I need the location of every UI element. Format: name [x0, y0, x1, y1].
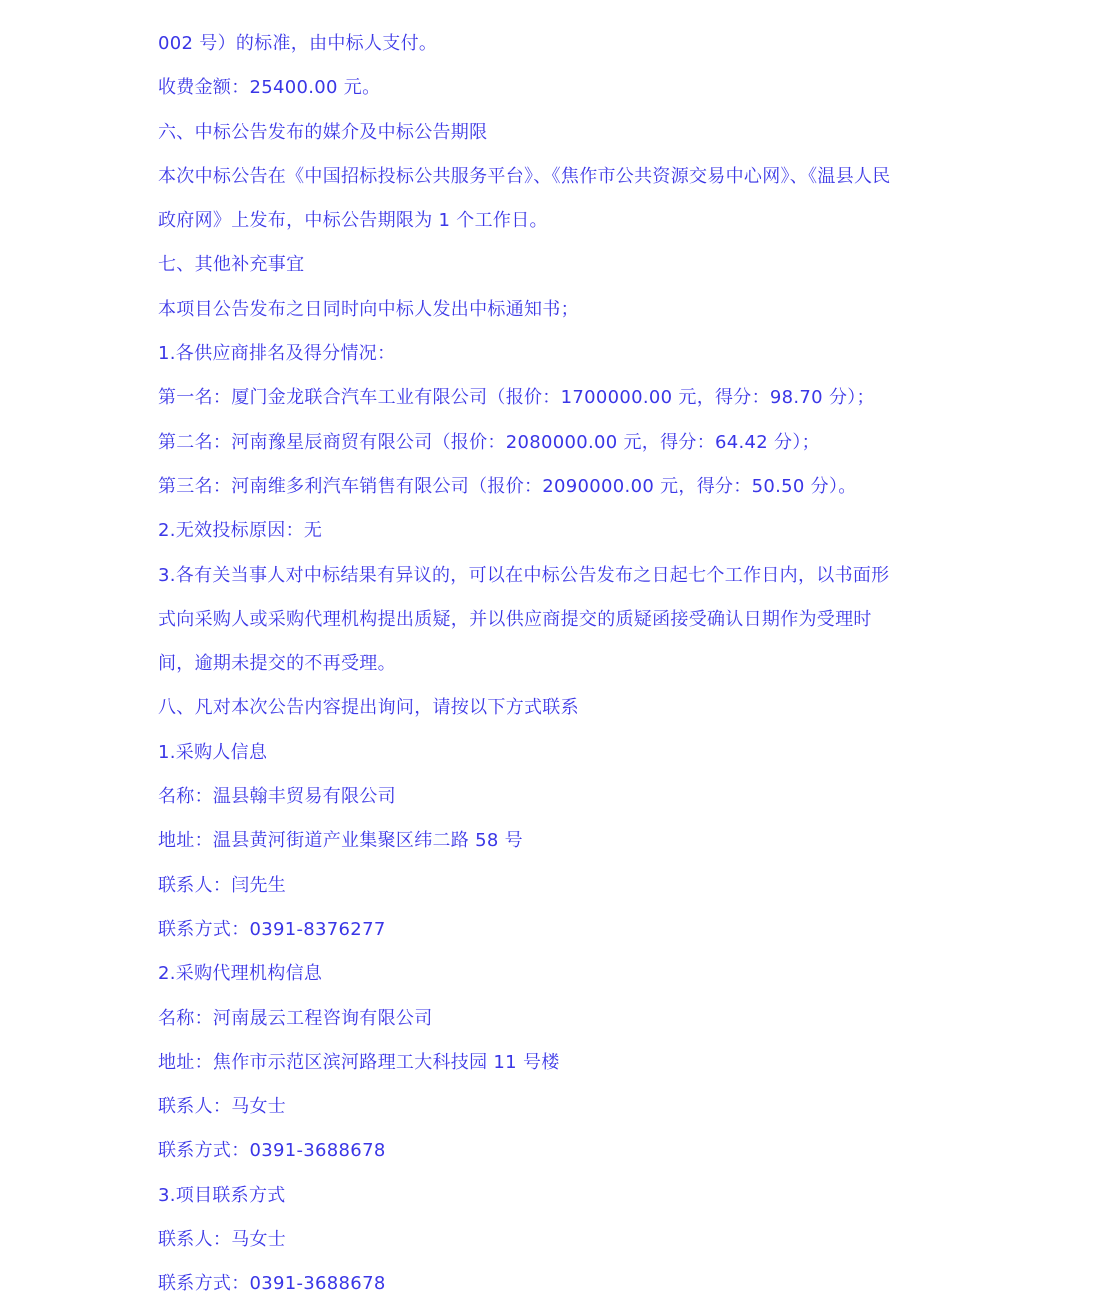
publication-period-line: 政府网》上发布，中标公告期限为 1 个工作日。 — [158, 199, 958, 243]
project-contact-phone: 联系方式：0391-3688678 — [158, 1262, 958, 1306]
objection-paragraph-line-1: 3.各有关当事人对中标结果有异议的，可以在中标公告发布之日起七个工作日内，以书面… — [158, 554, 958, 598]
announcement-document: 002 号）的标准，由中标人支付。 收费金额：25400.00 元。 六、中标公… — [158, 22, 958, 1307]
section-8-heading: 八、凡对本次公告内容提出询问，请按以下方式联系 — [158, 686, 958, 730]
agency-address: 地址：焦作市示范区滨河路理工大科技园 11 号楼 — [158, 1041, 958, 1085]
section-7-heading: 七、其他补充事宜 — [158, 243, 958, 287]
publication-media-line: 本次中标公告在《中国招标投标公共服务平台》、《焦作市公共资源交易中心网》、《温县… — [158, 155, 958, 199]
agency-contact-person: 联系人：马女士 — [158, 1085, 958, 1129]
section-6-heading: 六、中标公告发布的媒介及中标公告期限 — [158, 111, 958, 155]
invalid-bid-reason: 2.无效投标原因：无 — [158, 509, 958, 553]
agency-name: 名称：河南晟云工程咨询有限公司 — [158, 997, 958, 1041]
purchaser-address: 地址：温县黄河街道产业集聚区纬二路 58 号 — [158, 819, 958, 863]
ranking-second: 第二名：河南豫星辰商贸有限公司（报价：2080000.00 元，得分：64.42… — [158, 421, 958, 465]
fee-amount-line: 收费金额：25400.00 元。 — [158, 66, 958, 110]
purchaser-info-heading: 1.采购人信息 — [158, 731, 958, 775]
purchaser-phone: 联系方式：0391-8376277 — [158, 908, 958, 952]
ranking-third: 第三名：河南维多利汽车销售有限公司（报价：2090000.00 元，得分：50.… — [158, 465, 958, 509]
ranking-heading: 1.各供应商排名及得分情况： — [158, 332, 958, 376]
purchaser-name: 名称：温县翰丰贸易有限公司 — [158, 775, 958, 819]
agency-phone: 联系方式：0391-3688678 — [158, 1129, 958, 1173]
purchaser-contact-person: 联系人：闫先生 — [158, 864, 958, 908]
project-contact-heading: 3.项目联系方式 — [158, 1174, 958, 1218]
fee-standard-line: 002 号）的标准，由中标人支付。 — [158, 22, 958, 66]
objection-paragraph-line-3: 间，逾期未提交的不再受理。 — [158, 642, 958, 686]
agency-info-heading: 2.采购代理机构信息 — [158, 952, 958, 996]
ranking-first: 第一名：厦门金龙联合汽车工业有限公司（报价：1700000.00 元，得分：98… — [158, 376, 958, 420]
notification-line: 本项目公告发布之日同时向中标人发出中标通知书； — [158, 288, 958, 332]
objection-paragraph-line-2: 式向采购人或采购代理机构提出质疑，并以供应商提交的质疑函接受确认日期作为受理时 — [158, 598, 958, 642]
project-contact-person: 联系人：马女士 — [158, 1218, 958, 1262]
